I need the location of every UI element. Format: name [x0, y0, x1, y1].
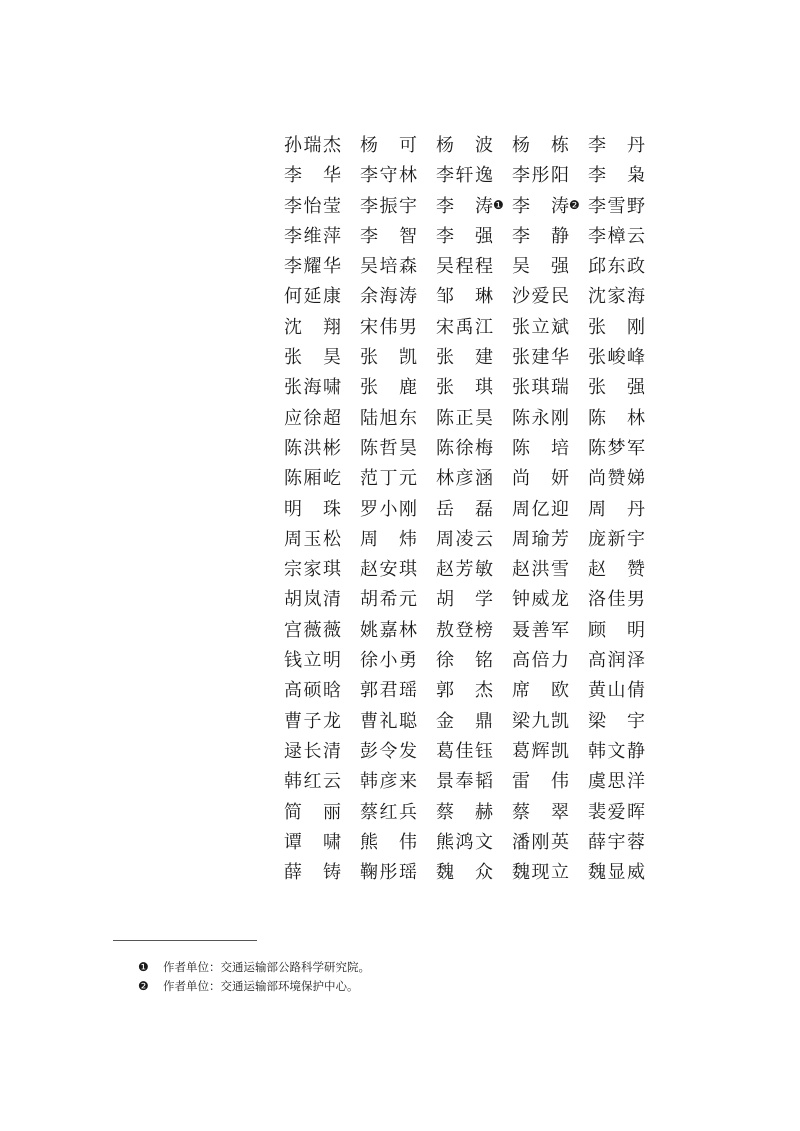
author-name: 钱立明 — [284, 646, 360, 676]
author-name-text: 宗家琪 — [284, 555, 341, 585]
author-name: 姚嘉林 — [360, 616, 436, 646]
author-name-text: 李 涛 — [436, 192, 493, 222]
author-name: 吴程程 — [436, 252, 512, 282]
author-name: 周玉松 — [284, 525, 360, 555]
author-name-text: 陈洪彬 — [284, 434, 341, 464]
name-row: 沈 翔宋伟男宋禹江张立斌张 刚 — [284, 313, 654, 343]
author-name-text: 赵安琪 — [360, 555, 417, 585]
name-row: 高硕晗郭君瑶郭 杰席 欧黄山倩 — [284, 676, 654, 706]
author-name-text: 姚嘉林 — [360, 616, 417, 646]
author-name: 李 涛❶ — [436, 192, 512, 222]
author-name: 陆旭东 — [360, 404, 436, 434]
author-name-text: 邱东政 — [588, 252, 645, 282]
author-name: 张 鹿 — [360, 373, 436, 403]
author-name: 赵安琪 — [360, 555, 436, 585]
author-name-text: 杨 栋 — [512, 131, 569, 161]
author-name: 赵芳敏 — [436, 555, 512, 585]
author-name: 张 强 — [588, 373, 664, 403]
author-name-text: 张 强 — [588, 373, 645, 403]
author-name-text: 徐 铭 — [436, 646, 493, 676]
name-row: 张 昊张 凯张 建张建华张峻峰 — [284, 343, 654, 373]
author-name: 陈永刚 — [512, 404, 588, 434]
author-name: 薛 铸 — [284, 858, 360, 888]
author-name: 宋禹江 — [436, 313, 512, 343]
author-name-text: 郭君瑶 — [360, 676, 417, 706]
author-name: 邹 琳 — [436, 282, 512, 312]
name-row: 周玉松周 炜周凌云周瑜芳庞新宇 — [284, 525, 654, 555]
author-name-text: 李守林 — [360, 161, 417, 191]
author-name: 黄山倩 — [588, 676, 664, 706]
author-name: 蔡 翠 — [512, 798, 588, 828]
author-name-text: 李彤阳 — [512, 161, 569, 191]
author-name: 韩彦来 — [360, 767, 436, 797]
author-name: 李 强 — [436, 222, 512, 252]
author-name: 周 炜 — [360, 525, 436, 555]
author-name: 李怡莹 — [284, 192, 360, 222]
footnote-divider — [113, 940, 257, 941]
author-name: 胡希元 — [360, 585, 436, 615]
footnote-reference: ❷ — [569, 199, 580, 211]
author-name-text: 岳 磊 — [436, 495, 493, 525]
author-name-text: 顾 明 — [588, 616, 645, 646]
author-name: 李耀华 — [284, 252, 360, 282]
author-name-text: 陈 林 — [588, 404, 645, 434]
author-name: 张 昊 — [284, 343, 360, 373]
author-name: 孙瑞杰 — [284, 131, 360, 161]
author-name-text: 张 建 — [436, 343, 493, 373]
author-name: 罗小刚 — [360, 495, 436, 525]
author-name: 魏 众 — [436, 858, 512, 888]
author-name: 梁 宇 — [588, 707, 664, 737]
author-name: 彭令发 — [360, 737, 436, 767]
author-name: 李 枭 — [588, 161, 664, 191]
author-name: 陈 林 — [588, 404, 664, 434]
author-name-text: 张 鹿 — [360, 373, 417, 403]
author-name-text: 李 枭 — [588, 161, 645, 191]
name-row: 李怡莹李振宇李 涛❶李 涛❷李雪野 — [284, 192, 654, 222]
author-name: 范丁元 — [360, 464, 436, 494]
author-name: 吴培森 — [360, 252, 436, 282]
author-name: 沈家海 — [588, 282, 664, 312]
author-name: 庞新宇 — [588, 525, 664, 555]
author-name-text: 李轩逸 — [436, 161, 493, 191]
footnote-2: ❷ 作者单位：交通运输部环境保护中心。 — [138, 977, 370, 996]
name-row: 韩红云韩彦来景奉韬雷 伟虞思洋 — [284, 767, 654, 797]
author-name: 高硕晗 — [284, 676, 360, 706]
author-name-text: 敖登榜 — [436, 616, 493, 646]
author-name: 杨 可 — [360, 131, 436, 161]
author-name: 杨 栋 — [512, 131, 588, 161]
author-name: 顾 明 — [588, 616, 664, 646]
author-name-text: 李 丹 — [588, 131, 645, 161]
name-row: 应徐超陆旭东陈正昊陈永刚陈 林 — [284, 404, 654, 434]
author-name: 谭 啸 — [284, 828, 360, 858]
author-name: 葛佳钰 — [436, 737, 512, 767]
author-name-text: 尚赞娣 — [588, 464, 645, 494]
author-name-text: 张 琪 — [436, 373, 493, 403]
author-name-text: 余海涛 — [360, 282, 417, 312]
author-name: 李雪野 — [588, 192, 664, 222]
name-row: 李耀华吴培森吴程程吴 强邱东政 — [284, 252, 654, 282]
author-name: 张 刚 — [588, 313, 664, 343]
author-name: 郭君瑶 — [360, 676, 436, 706]
author-name: 曹子龙 — [284, 707, 360, 737]
author-name: 赵 赞 — [588, 555, 664, 585]
author-name-text: 李 静 — [512, 222, 569, 252]
author-name-text: 谭 啸 — [284, 828, 341, 858]
author-name-text: 徐小勇 — [360, 646, 417, 676]
author-name-text: 魏显威 — [588, 858, 645, 888]
author-name-text: 景奉韬 — [436, 767, 493, 797]
name-row: 张海啸张 鹿张 琪张琪瑞张 强 — [284, 373, 654, 403]
author-name-text: 韩彦来 — [360, 767, 417, 797]
author-name-text: 何延康 — [284, 282, 341, 312]
author-name-text: 席 欧 — [512, 676, 569, 706]
author-name: 李轩逸 — [436, 161, 512, 191]
author-name: 林彦涵 — [436, 464, 512, 494]
author-name-text: 陈厢屹 — [284, 464, 341, 494]
author-name-text: 魏现立 — [512, 858, 569, 888]
author-name: 张海啸 — [284, 373, 360, 403]
footnotes: ❶ 作者单位：交通运输部公路科学研究院。 ❷ 作者单位：交通运输部环境保护中心。 — [138, 958, 370, 996]
author-name-text: 魏 众 — [436, 858, 493, 888]
author-name: 薛宇蓉 — [588, 828, 664, 858]
author-name: 李 智 — [360, 222, 436, 252]
author-name-text: 应徐超 — [284, 404, 341, 434]
author-name-text: 李雪野 — [588, 192, 645, 222]
author-name: 尚赞娣 — [588, 464, 664, 494]
author-name-text: 蔡 赫 — [436, 798, 493, 828]
author-name: 熊鸿文 — [436, 828, 512, 858]
footnote-1: ❶ 作者单位：交通运输部公路科学研究院。 — [138, 958, 370, 977]
author-name-text: 张峻峰 — [588, 343, 645, 373]
author-name-text: 薛宇蓉 — [588, 828, 645, 858]
author-name-text: 李怡莹 — [284, 192, 341, 222]
author-name: 蔡红兵 — [360, 798, 436, 828]
author-name-text: 潘刚英 — [512, 828, 569, 858]
author-name: 魏显威 — [588, 858, 664, 888]
author-name-text: 高润泽 — [588, 646, 645, 676]
author-name: 李振宇 — [360, 192, 436, 222]
name-row: 陈洪彬陈哲昊陈徐梅陈 培陈梦军 — [284, 434, 654, 464]
author-name-text: 金 鼎 — [436, 707, 493, 737]
author-name-text: 吴 强 — [512, 252, 569, 282]
author-name-text: 李维萍 — [284, 222, 341, 252]
author-name-text: 胡希元 — [360, 585, 417, 615]
name-row: 逯长清彭令发葛佳钰葛辉凯韩文静 — [284, 737, 654, 767]
name-row: 宗家琪赵安琪赵芳敏赵洪雪赵 赞 — [284, 555, 654, 585]
author-name-text: 罗小刚 — [360, 495, 417, 525]
footnote-marker-1: ❶ — [138, 958, 163, 977]
author-name-text: 曹礼聪 — [360, 707, 417, 737]
author-name: 曹礼聪 — [360, 707, 436, 737]
author-name-text: 高硕晗 — [284, 676, 341, 706]
author-name-text: 林彦涵 — [436, 464, 493, 494]
author-name-text: 赵 赞 — [588, 555, 645, 585]
author-name: 葛辉凯 — [512, 737, 588, 767]
author-name: 李彤阳 — [512, 161, 588, 191]
author-name: 郭 杰 — [436, 676, 512, 706]
author-name: 张琪瑞 — [512, 373, 588, 403]
author-name-text: 陈永刚 — [512, 404, 569, 434]
author-name-text: 沈 翔 — [284, 313, 341, 343]
author-name: 梁九凯 — [512, 707, 588, 737]
author-name: 吴 强 — [512, 252, 588, 282]
author-name: 宗家琪 — [284, 555, 360, 585]
author-name-text: 吴培森 — [360, 252, 417, 282]
name-row: 谭 啸熊 伟熊鸿文潘刚英薛宇蓉 — [284, 828, 654, 858]
author-name: 陈厢屹 — [284, 464, 360, 494]
author-name-text: 胡 学 — [436, 585, 493, 615]
author-name: 徐小勇 — [360, 646, 436, 676]
author-name-text: 周亿迎 — [512, 495, 569, 525]
author-name: 应徐超 — [284, 404, 360, 434]
author-name-text: 雷 伟 — [512, 767, 569, 797]
author-name-text: 虞思洋 — [588, 767, 645, 797]
author-name-text: 宋伟男 — [360, 313, 417, 343]
author-name-text: 薛 铸 — [284, 858, 341, 888]
name-row: 薛 铸鞠彤瑶魏 众魏现立魏显威 — [284, 858, 654, 888]
author-name-text: 张立斌 — [512, 313, 569, 343]
author-name-text: 李 智 — [360, 222, 417, 252]
author-name: 周 丹 — [588, 495, 664, 525]
author-name-text: 周凌云 — [436, 525, 493, 555]
author-name: 徐 铭 — [436, 646, 512, 676]
author-name: 韩红云 — [284, 767, 360, 797]
author-name: 洛佳男 — [588, 585, 664, 615]
author-name: 逯长清 — [284, 737, 360, 767]
author-name: 聂善军 — [512, 616, 588, 646]
author-name: 何延康 — [284, 282, 360, 312]
author-name: 钟威龙 — [512, 585, 588, 615]
author-name: 简 丽 — [284, 798, 360, 828]
author-name: 周凌云 — [436, 525, 512, 555]
author-name-text: 陈正昊 — [436, 404, 493, 434]
author-name: 蔡 赫 — [436, 798, 512, 828]
author-name-text: 聂善军 — [512, 616, 569, 646]
author-name-text: 李 华 — [284, 161, 341, 191]
author-name-text: 张 刚 — [588, 313, 645, 343]
author-name-text: 明 珠 — [284, 495, 341, 525]
author-name-text: 彭令发 — [360, 737, 417, 767]
author-name-text: 宋禹江 — [436, 313, 493, 343]
name-row: 胡岚清胡希元胡 学钟威龙洛佳男 — [284, 585, 654, 615]
name-row: 明 珠罗小刚岳 磊周亿迎周 丹 — [284, 495, 654, 525]
author-name: 宫薇薇 — [284, 616, 360, 646]
author-name: 李 静 — [512, 222, 588, 252]
author-name: 岳 磊 — [436, 495, 512, 525]
author-name-list: 孙瑞杰杨 可杨 波杨 栋李 丹李 华李守林李轩逸李彤阳李 枭李怡莹李振宇李 涛❶… — [284, 131, 654, 888]
author-name: 李樟云 — [588, 222, 664, 252]
author-name-text: 尚 妍 — [512, 464, 569, 494]
author-name-text: 钱立明 — [284, 646, 341, 676]
author-name: 宋伟男 — [360, 313, 436, 343]
author-name: 杨 波 — [436, 131, 512, 161]
author-name-text: 吴程程 — [436, 252, 493, 282]
author-name: 张建华 — [512, 343, 588, 373]
footnote-text-1: 作者单位：交通运输部公路科学研究院。 — [163, 958, 370, 977]
author-name-text: 蔡 翠 — [512, 798, 569, 828]
author-name: 沙爱民 — [512, 282, 588, 312]
author-name: 沈 翔 — [284, 313, 360, 343]
author-name: 潘刚英 — [512, 828, 588, 858]
name-row: 钱立明徐小勇徐 铭高倍力高润泽 — [284, 646, 654, 676]
author-name-text: 周瑜芳 — [512, 525, 569, 555]
author-name-text: 葛辉凯 — [512, 737, 569, 767]
author-name: 李 华 — [284, 161, 360, 191]
author-name-text: 宫薇薇 — [284, 616, 341, 646]
author-name: 周瑜芳 — [512, 525, 588, 555]
author-name-text: 陈徐梅 — [436, 434, 493, 464]
author-name-text: 周玉松 — [284, 525, 341, 555]
author-name-text: 张建华 — [512, 343, 569, 373]
author-name: 李维萍 — [284, 222, 360, 252]
author-name-text: 熊鸿文 — [436, 828, 493, 858]
author-name: 胡岚清 — [284, 585, 360, 615]
author-name-text: 韩文静 — [588, 737, 645, 767]
author-name: 张 琪 — [436, 373, 512, 403]
name-row: 曹子龙曹礼聪金 鼎梁九凯梁 宇 — [284, 707, 654, 737]
author-name-text: 蔡红兵 — [360, 798, 417, 828]
author-name: 邱东政 — [588, 252, 664, 282]
name-row: 李 华李守林李轩逸李彤阳李 枭 — [284, 161, 654, 191]
author-name-text: 李振宇 — [360, 192, 417, 222]
author-name-text: 逯长清 — [284, 737, 341, 767]
author-name: 李守林 — [360, 161, 436, 191]
author-name-text: 曹子龙 — [284, 707, 341, 737]
name-row: 陈厢屹范丁元林彦涵尚 妍尚赞娣 — [284, 464, 654, 494]
author-name-text: 陈哲昊 — [360, 434, 417, 464]
author-name: 陈哲昊 — [360, 434, 436, 464]
author-name: 敖登榜 — [436, 616, 512, 646]
author-name-text: 梁 宇 — [588, 707, 645, 737]
author-name-text: 简 丽 — [284, 798, 341, 828]
author-name-text: 范丁元 — [360, 464, 417, 494]
author-name: 裴爱晖 — [588, 798, 664, 828]
author-name: 张 建 — [436, 343, 512, 373]
author-name-text: 周 炜 — [360, 525, 417, 555]
author-name: 魏现立 — [512, 858, 588, 888]
author-name-text: 梁九凯 — [512, 707, 569, 737]
author-name: 尚 妍 — [512, 464, 588, 494]
author-name: 韩文静 — [588, 737, 664, 767]
author-name: 雷 伟 — [512, 767, 588, 797]
author-name-text: 杨 可 — [360, 131, 417, 161]
author-name: 明 珠 — [284, 495, 360, 525]
author-name: 李 丹 — [588, 131, 664, 161]
author-name-text: 杨 波 — [436, 131, 493, 161]
author-name-text: 赵洪雪 — [512, 555, 569, 585]
author-name-text: 李樟云 — [588, 222, 645, 252]
name-row: 李维萍李 智李 强李 静李樟云 — [284, 222, 654, 252]
author-name-text: 陈梦军 — [588, 434, 645, 464]
author-name: 陈徐梅 — [436, 434, 512, 464]
author-name: 虞思洋 — [588, 767, 664, 797]
author-name: 李 涛❷ — [512, 192, 588, 222]
author-name-text: 孙瑞杰 — [284, 131, 341, 161]
author-name-text: 邹 琳 — [436, 282, 493, 312]
author-name: 陈洪彬 — [284, 434, 360, 464]
author-name-text: 李 强 — [436, 222, 493, 252]
author-name: 赵洪雪 — [512, 555, 588, 585]
author-name: 陈梦军 — [588, 434, 664, 464]
name-row: 宫薇薇姚嘉林敖登榜聂善军顾 明 — [284, 616, 654, 646]
author-name-text: 陈 培 — [512, 434, 569, 464]
author-name-text: 张琪瑞 — [512, 373, 569, 403]
author-name: 熊 伟 — [360, 828, 436, 858]
author-name-text: 庞新宇 — [588, 525, 645, 555]
author-name: 鞠彤瑶 — [360, 858, 436, 888]
author-name: 张立斌 — [512, 313, 588, 343]
author-name: 高倍力 — [512, 646, 588, 676]
author-name: 席 欧 — [512, 676, 588, 706]
author-name-text: 葛佳钰 — [436, 737, 493, 767]
author-name-text: 韩红云 — [284, 767, 341, 797]
author-name-text: 黄山倩 — [588, 676, 645, 706]
footnote-marker-2: ❷ — [138, 977, 163, 996]
author-name-text: 沙爱民 — [512, 282, 569, 312]
author-name-text: 鞠彤瑶 — [360, 858, 417, 888]
author-name-text: 熊 伟 — [360, 828, 417, 858]
author-name: 景奉韬 — [436, 767, 512, 797]
author-name: 陈正昊 — [436, 404, 512, 434]
name-row: 何延康余海涛邹 琳沙爱民沈家海 — [284, 282, 654, 312]
name-row: 孙瑞杰杨 可杨 波杨 栋李 丹 — [284, 131, 654, 161]
author-name-text: 李耀华 — [284, 252, 341, 282]
author-name-text: 张 昊 — [284, 343, 341, 373]
footnote-reference: ❶ — [493, 199, 504, 211]
author-name: 高润泽 — [588, 646, 664, 676]
author-name: 陈 培 — [512, 434, 588, 464]
author-name: 金 鼎 — [436, 707, 512, 737]
author-name: 张 凯 — [360, 343, 436, 373]
author-name-text: 钟威龙 — [512, 585, 569, 615]
author-name-text: 裴爱晖 — [588, 798, 645, 828]
author-name-text: 周 丹 — [588, 495, 645, 525]
author-name-text: 张海啸 — [284, 373, 341, 403]
author-name-text: 沈家海 — [588, 282, 645, 312]
author-name-text: 陆旭东 — [360, 404, 417, 434]
author-name-text: 高倍力 — [512, 646, 569, 676]
author-name-text: 洛佳男 — [588, 585, 645, 615]
author-name-text: 张 凯 — [360, 343, 417, 373]
author-name-text: 胡岚清 — [284, 585, 341, 615]
name-row: 简 丽蔡红兵蔡 赫蔡 翠裴爱晖 — [284, 798, 654, 828]
author-name-text: 赵芳敏 — [436, 555, 493, 585]
author-name-text: 李 涛 — [512, 192, 569, 222]
author-name: 张峻峰 — [588, 343, 664, 373]
author-name: 余海涛 — [360, 282, 436, 312]
author-name: 胡 学 — [436, 585, 512, 615]
author-name-text: 郭 杰 — [436, 676, 493, 706]
author-name: 周亿迎 — [512, 495, 588, 525]
footnote-text-2: 作者单位：交通运输部环境保护中心。 — [163, 977, 359, 996]
